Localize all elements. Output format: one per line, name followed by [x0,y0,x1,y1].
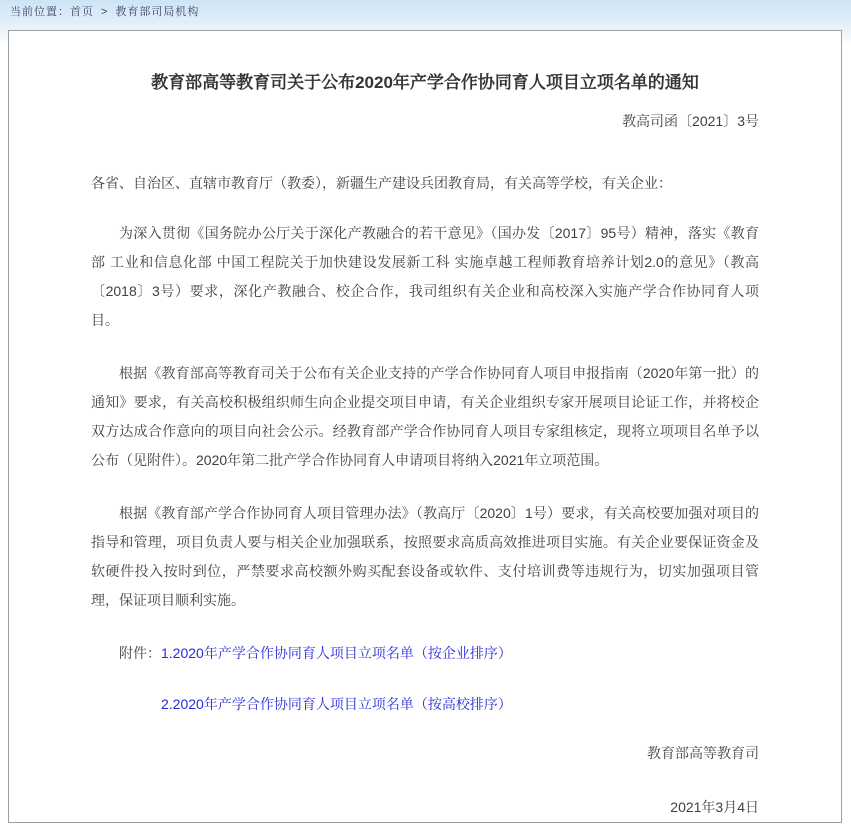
attachments-label: 附件： [119,645,161,661]
notice-title: 教育部高等教育司关于公布2020年产学合作协同育人项目立项名单的通知 [91,71,759,95]
breadcrumb: 当前位置：首页>教育部司局机构 [10,3,199,19]
signature: 教育部高等教育司 [91,743,759,763]
salutation: 各省、自治区、直辖市教育厅（教委），新疆生产建设兵团教育局，有关高等学校，有关企… [91,171,759,195]
attachment-link-2[interactable]: 2.2020年产学合作协同育人项目立项名单（按高校排序） [161,696,512,712]
breadcrumb-home-link[interactable]: 首页 [70,6,94,18]
notice-paragraph: 为深入贯彻《国务院办公厅关于深化产教融合的若干意见》（国办发〔2017〕95号）… [91,219,759,335]
breadcrumb-section-link[interactable]: 教育部司局机构 [115,6,199,18]
attachment-link-1[interactable]: 1.2020年产学合作协同育人项目立项名单（按企业排序） [161,645,512,661]
attachments: 附件：1.2020年产学合作协同育人项目立项名单（按企业排序） 2.2020年产… [91,639,759,719]
notice-container: 教育部高等教育司关于公布2020年产学合作协同育人项目立项名单的通知 教高司函〔… [8,30,842,823]
notice-paragraph: 根据《教育部产学合作协同育人项目管理办法》（教高厅〔2020〕1号）要求，有关高… [91,499,759,615]
attachment-line: 附件：1.2020年产学合作协同育人项目立项名单（按企业排序） [91,639,759,668]
notice-paragraph: 根据《教育部高等教育司关于公布有关企业支持的产学合作协同育人项目申报指南（202… [91,359,759,475]
attachment-line: 2.2020年产学合作协同育人项目立项名单（按高校排序） [91,690,759,719]
doc-number: 教高司函〔2021〕3号 [91,111,759,131]
breadcrumb-separator: > [101,6,108,18]
issue-date: 2021年3月4日 [91,797,759,817]
breadcrumb-label: 当前位置： [10,6,70,18]
